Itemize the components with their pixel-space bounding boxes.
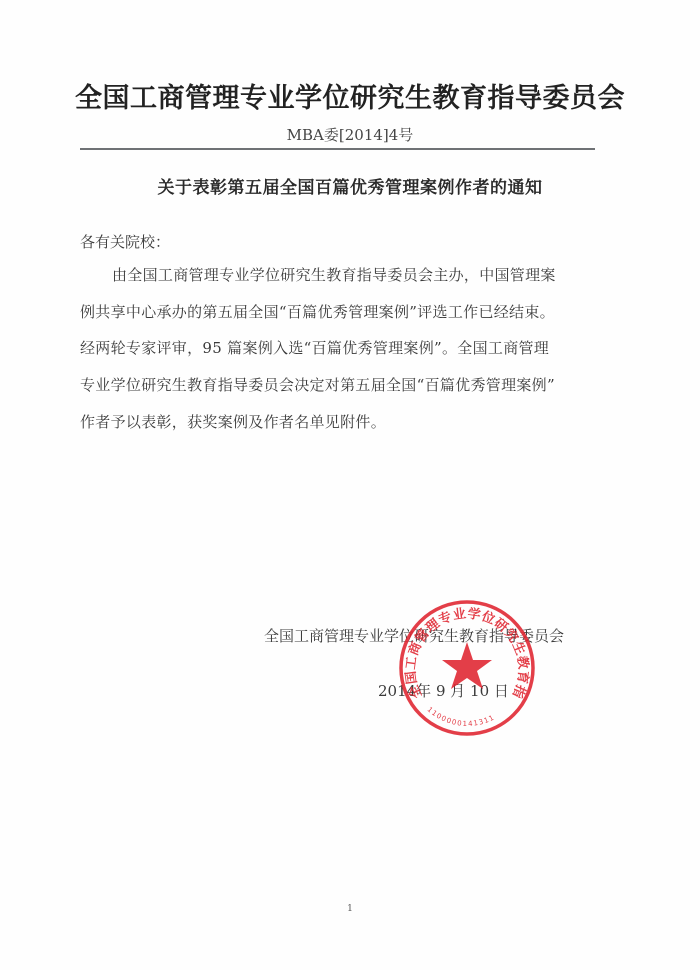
body-line: 例共享中心承办的第五届全国“百篇优秀管理案例”评选工作已经结束。: [80, 301, 600, 322]
official-seal: 全国工商管理专业学位研究生教育指导委员会 1100000141311: [397, 598, 537, 738]
body-line: 经两轮专家评审，95 篇案例入选“百篇优秀管理案例”。全国工商管理: [80, 337, 600, 358]
star-icon: [442, 642, 492, 689]
salutation: 各有关院校：: [80, 231, 170, 252]
body-line: 由全国工商管理专业学位研究生教育指导委员会主办，中国管理案: [112, 264, 632, 285]
body-line: 专业学位研究生教育指导委员会决定对第五届全国“百篇优秀管理案例”: [80, 374, 600, 395]
seal-text: 全国工商管理专业学位研究生教育指导委员会: [397, 598, 531, 701]
notice-title: 关于表彰第五届全国百篇优秀管理案例作者的通知: [0, 173, 700, 198]
page-number: 1: [0, 904, 700, 914]
organization-header: 全国工商管理专业学位研究生教育指导委员会: [0, 76, 700, 115]
header-divider: [80, 148, 595, 150]
svg-text:全国工商管理专业学位研究生教育指导委员会: 全国工商管理专业学位研究生教育指导委员会: [397, 598, 531, 701]
document-number: MBA委[2014]4号: [0, 124, 700, 145]
body-line: 作者予以表彰，获奖案例及作者名单见附件。: [80, 411, 600, 432]
document-page: 全国工商管理专业学位研究生教育指导委员会 MBA委[2014]4号 关于表彰第五…: [0, 0, 700, 970]
